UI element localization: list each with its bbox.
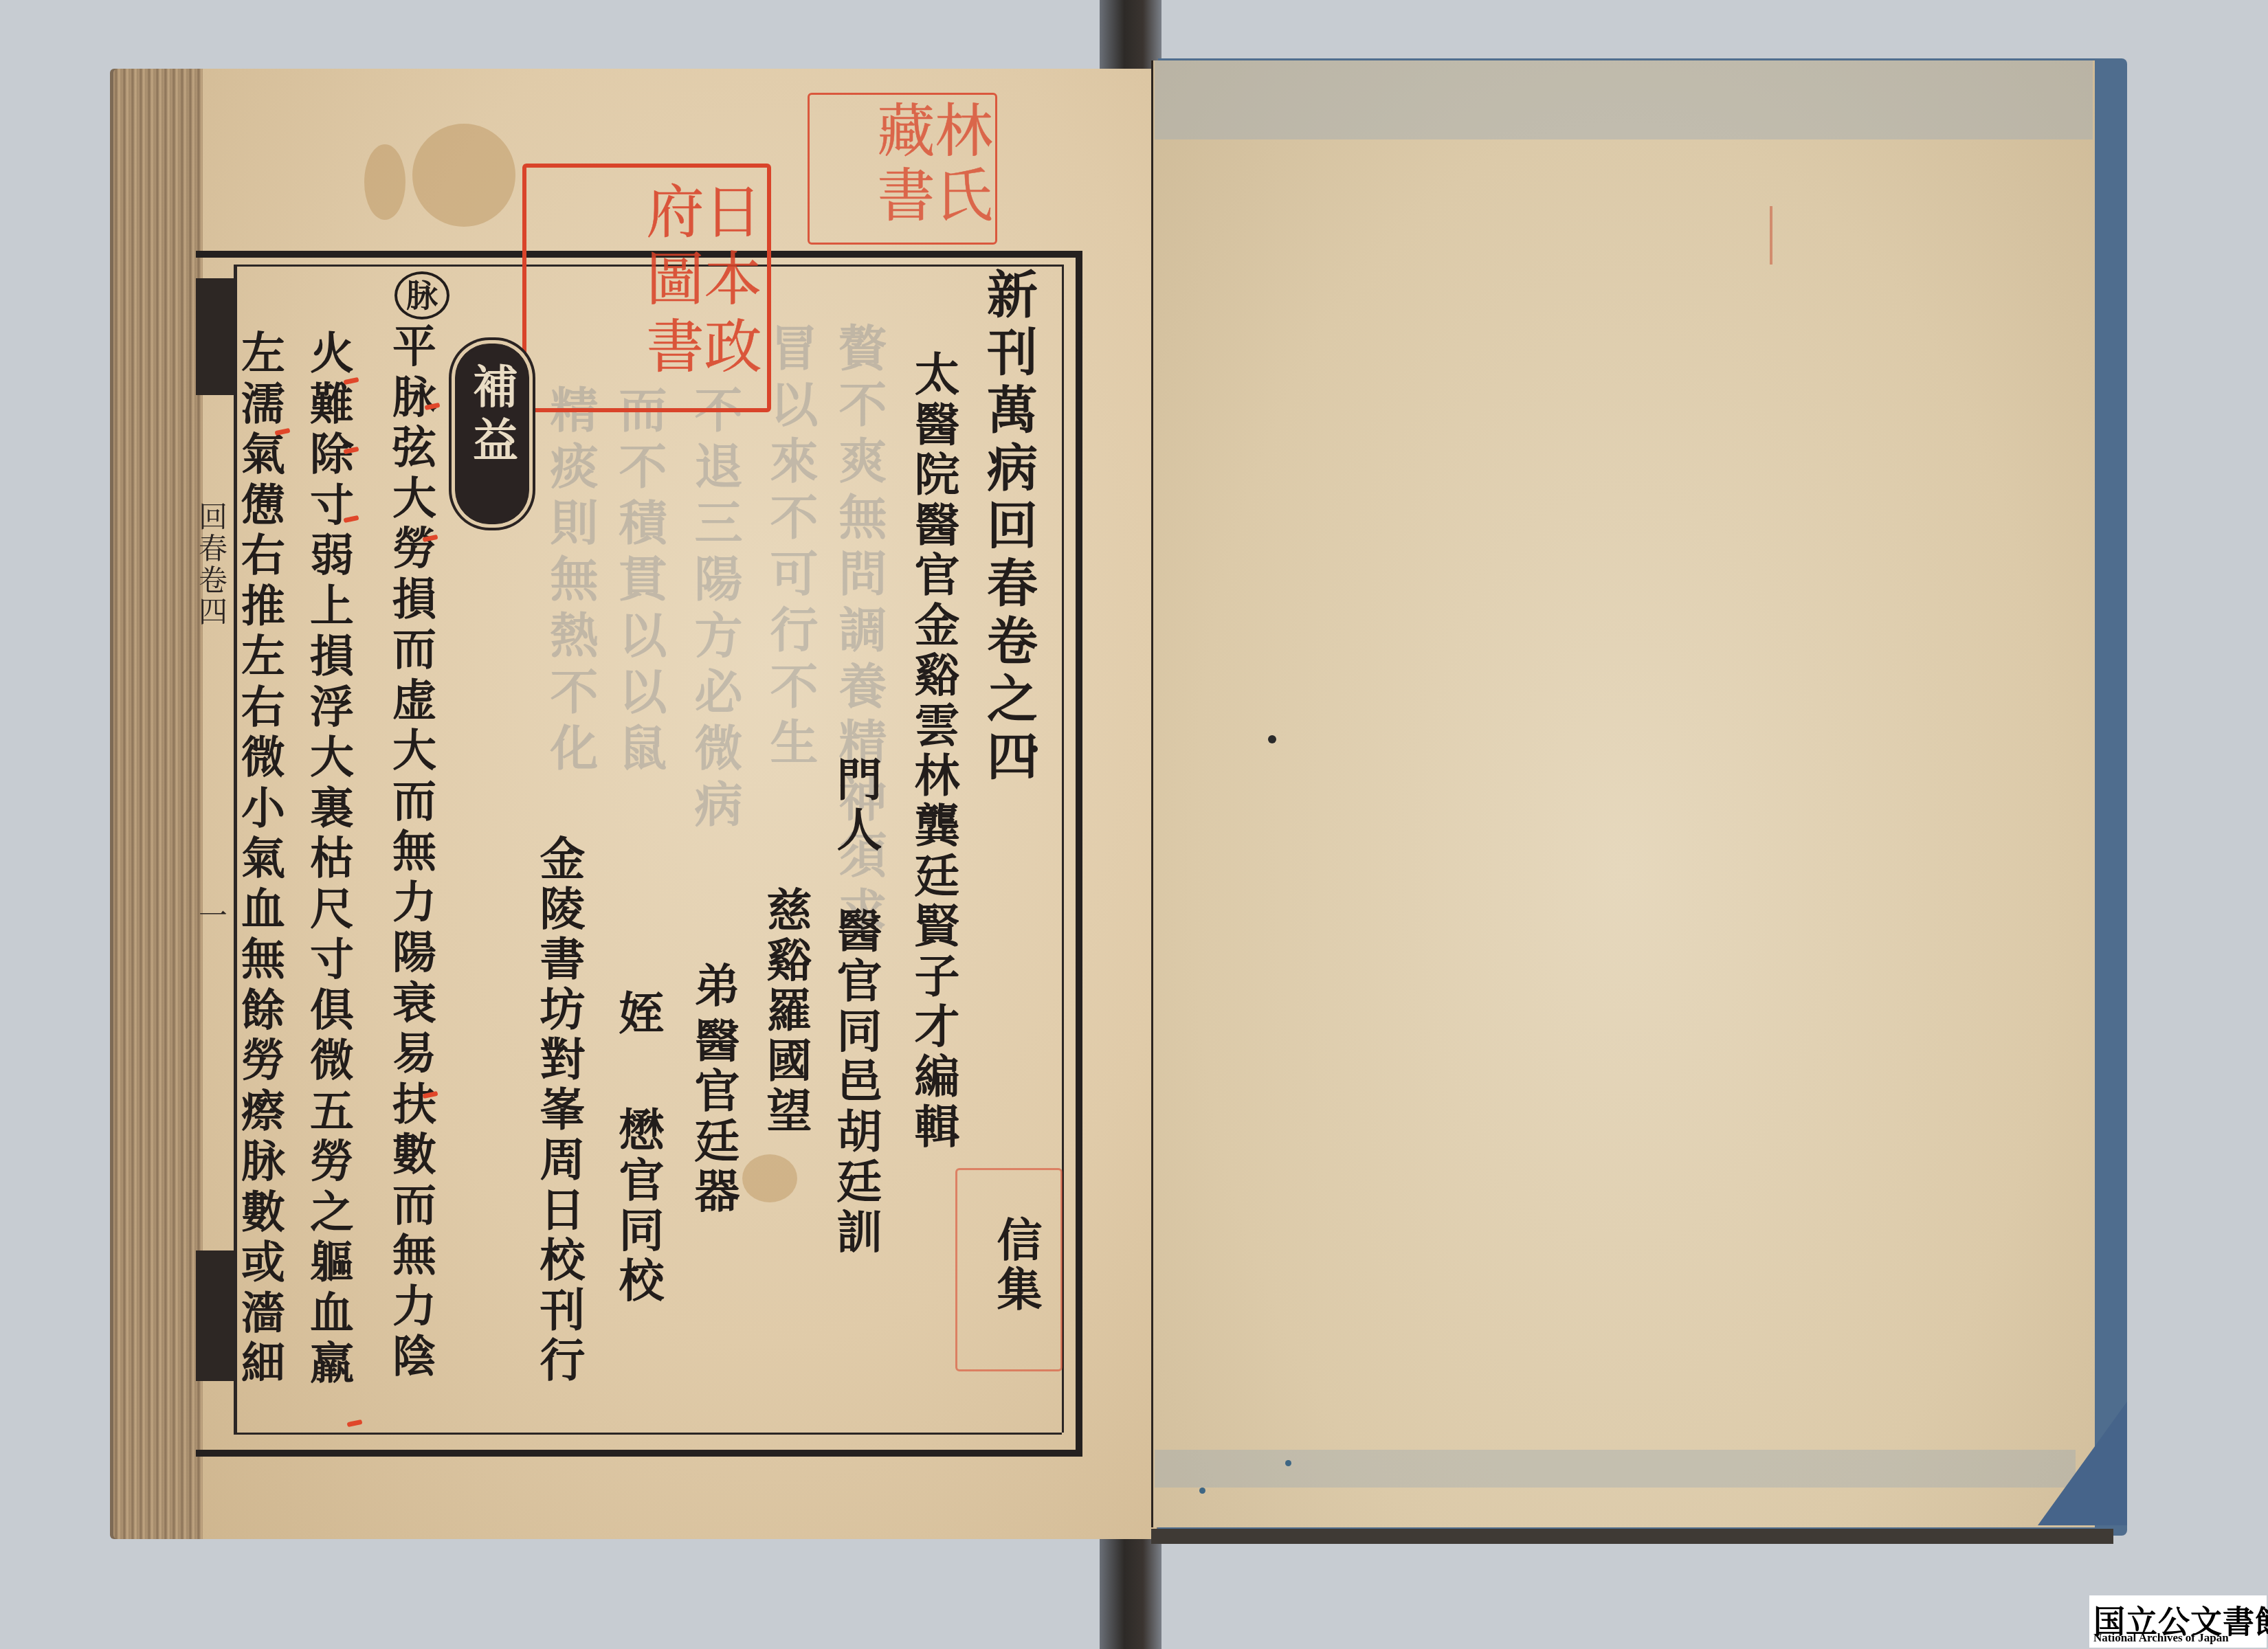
author-column: 醫官同邑胡廷訓 <box>833 907 878 1258</box>
frame-inner-bottom <box>234 1433 1062 1435</box>
right-page-blank-endpaper <box>1151 60 2095 1527</box>
banxin-title: 回春卷四 <box>201 502 232 628</box>
seal-text: 林氏藏書 <box>873 100 988 243</box>
author-column: 醫官廷器 <box>691 1017 736 1218</box>
page-bottom-shadow <box>1151 1529 2113 1544</box>
top-right-seal: 林氏藏書 <box>808 93 997 245</box>
wormhole <box>1285 1460 1291 1466</box>
body-column-2: 火難除寸弱上損浮大裏枯尺寸俱微五勞之軀血羸 <box>306 330 350 1391</box>
author-column: 懋官同校 <box>615 1106 660 1307</box>
author-column: 太醫院醫官金谿雲林龔廷賢子才編輯 <box>911 350 956 1153</box>
faint-red-mark <box>1770 206 1772 265</box>
body-column-1: 平脉弦大勞損而虚大而無力陽衰易扶數而無力陰 <box>388 323 432 1384</box>
wormhole <box>1199 1488 1205 1494</box>
banxin <box>196 268 234 1429</box>
section-badge-label: 補益 <box>460 363 525 470</box>
author-label: 門人 <box>833 756 878 856</box>
folded-corner <box>2038 1402 2127 1525</box>
watermark-english: National Archives of Japan <box>2093 1631 2229 1645</box>
government-library-seal: 日本政府圖書 <box>522 164 771 412</box>
book-title-column: 新刊萬病回春卷之四 <box>983 268 1034 787</box>
seal-text: 日本政府圖書 <box>642 181 757 408</box>
stain <box>364 144 405 220</box>
section-badge: 補益 <box>455 344 529 524</box>
publisher-column: 金陵書坊對峯周日校刊行 <box>536 835 581 1387</box>
page-edges <box>113 69 203 1539</box>
body-column-3: 左濡氣憊右推左右微小氣血無餘勞瘵脉數或濇細 <box>237 330 281 1391</box>
volume-annotation: 信集 <box>993 1216 1038 1315</box>
archive-watermark: 国立公文書館 National Archives of Japan <box>2089 1595 2267 1648</box>
fish-tail-lower <box>196 1250 234 1381</box>
stain <box>412 124 515 227</box>
title-end-mark <box>1031 745 1038 752</box>
fish-tail-upper <box>196 278 234 395</box>
author-label: 姪 <box>615 989 660 1040</box>
paper-discoloration-band <box>1155 60 2093 139</box>
circle-label: 脉 <box>394 271 449 319</box>
paper-discoloration-band <box>1155 1450 2076 1488</box>
author-label: 弟 <box>691 962 736 1012</box>
wormhole <box>1268 735 1276 743</box>
banxin-page-number: 一 <box>201 900 232 929</box>
author-column: 慈谿羅國望 <box>763 886 808 1137</box>
